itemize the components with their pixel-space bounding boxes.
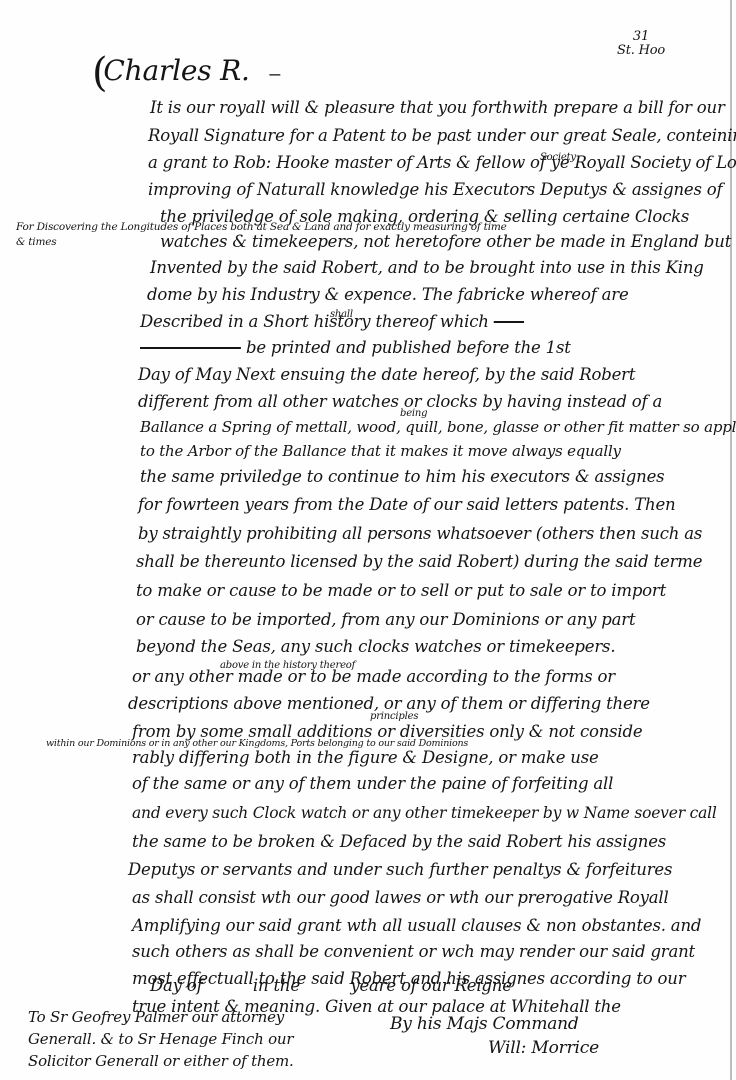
body-line: It is our royall will & pleasure that yo…: [150, 98, 725, 117]
margin-note-line-2: & times: [16, 236, 56, 248]
body-line: the same to be broken & Defaced by the s…: [132, 832, 666, 851]
address-line: To Sr Geofrey Palmer our attorney: [28, 1008, 284, 1026]
body-line: different from all other watches or cloc…: [138, 392, 662, 411]
body-line: and every such Clock watch or any other …: [132, 804, 717, 822]
body-line: a grant to Rob: Hooke master of Arts & f…: [148, 153, 736, 172]
body-line: or any other made or to be made accordin…: [132, 667, 615, 686]
body-line: by straightly prohibiting all persons wh…: [138, 524, 702, 543]
body-line: the same priviledge to continue to him h…: [140, 467, 664, 486]
signature-will-morrice: Will: Morrice: [488, 1038, 599, 1058]
docket-mark: 31 St. Hoo: [617, 30, 665, 58]
body-line: of the same or any of them under the pai…: [132, 774, 613, 793]
body-line: the priviledge of sole making, ordering …: [160, 207, 689, 226]
body-line: Invented by the said Robert, and to be b…: [150, 258, 704, 277]
address-line: Solicitor Generall or either of them.: [28, 1052, 294, 1070]
body-line: such others as shall be convenient or wc…: [132, 942, 695, 961]
heading-dash: ‒: [268, 61, 281, 85]
body-line: watches & timekeepers, not heretofore ot…: [160, 232, 731, 251]
body-line: descriptions above mentioned, or any of …: [128, 694, 650, 713]
body-line: from by some small additions or diversit…: [132, 722, 642, 741]
body-line: Royall Signature for a Patent to be past…: [148, 126, 736, 145]
body-line: as shall consist wth our good lawes or w…: [132, 888, 669, 907]
body-line: for fowrteen years from the Date of our …: [138, 495, 675, 514]
heading-flourish: (: [92, 50, 107, 96]
body-line: shall be thereunto licensed by the said …: [136, 552, 702, 571]
heading-signature: (Charles R. ‒: [92, 44, 281, 90]
body-line: Amplifying our said grant wth all usuall…: [132, 916, 701, 935]
by-command: By his Majs Command: [390, 1014, 579, 1034]
body-line: to make or cause to be made or to sell o…: [136, 581, 666, 600]
manuscript-page: (Charles R. ‒ 31 St. Hoo Society shall b…: [0, 0, 736, 1080]
address-line: Generall. & to Sr Henage Finch our: [28, 1030, 293, 1048]
body-line: or cause to be imported, from any our Do…: [136, 610, 635, 629]
body-line: be printed and published before the 1st: [140, 338, 571, 357]
body-line: improving of Naturall knowledge his Exec…: [148, 180, 722, 199]
date-line: Day of in the yeare of our Reigne: [150, 976, 512, 995]
body-line: Ballance a Spring of mettall, wood, quil…: [140, 418, 736, 436]
body-line: rably differing both in the figure & Des…: [132, 748, 599, 767]
body-line: Deputys or servants and under such furth…: [128, 860, 672, 879]
body-line: beyond the Seas, any such clocks watches…: [136, 637, 615, 656]
body-line: Day of May Next ensuing the date hereof,…: [138, 365, 635, 384]
body-line: Described in a Short history thereof whi…: [140, 312, 524, 331]
struck-text: [140, 338, 241, 357]
body-line: dome by his Industry & expence. The fabr…: [147, 285, 629, 304]
struck-text: [494, 312, 524, 331]
body-line: to the Arbor of the Ballance that it mak…: [140, 442, 621, 460]
